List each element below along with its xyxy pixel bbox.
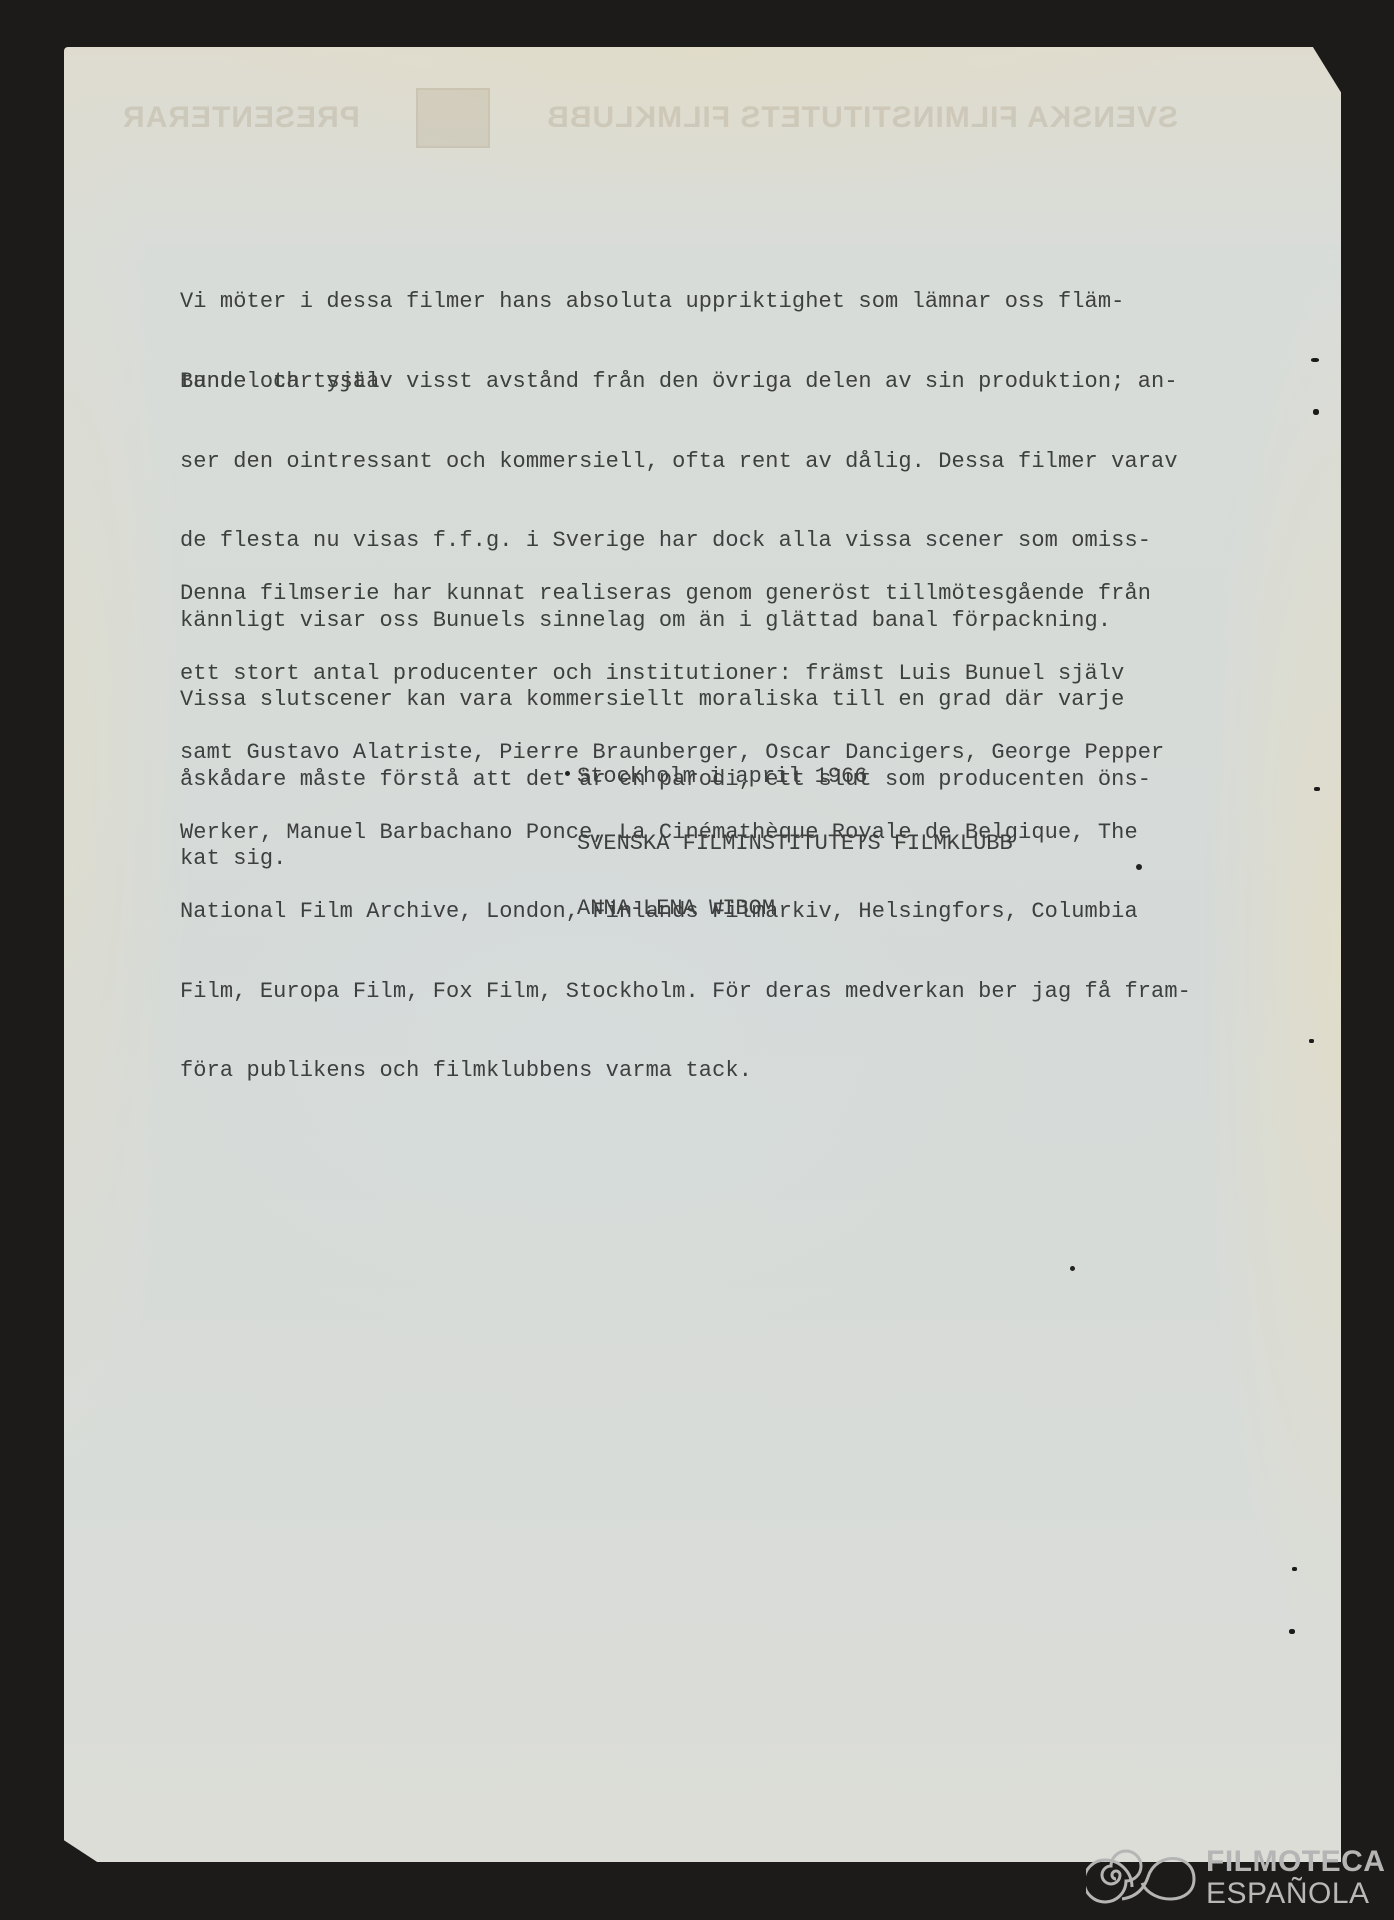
punch-mark: [1292, 1567, 1297, 1571]
punch-mark: [1311, 358, 1319, 362]
ink-speck: [565, 771, 570, 776]
logo-line-1: FILMOTECA: [1206, 1847, 1385, 1877]
text-line: Vi möter i dessa filmer hans absoluta up…: [180, 289, 1124, 316]
punch-mark: [1314, 787, 1320, 791]
spiral-logo-icon: [1086, 1843, 1198, 1913]
text-line: ser den ointressant och kommersiell, oft…: [180, 449, 1178, 476]
text-line: Denna filmserie har kunnat realiseras ge…: [180, 581, 1191, 608]
signature-name: ANNA-LENA WIBOM: [577, 896, 775, 921]
logo-line-2: ESPAÑOLA: [1206, 1879, 1385, 1909]
paragraph-3: Denna filmserie har kunnat realiseras ge…: [180, 528, 1191, 1111]
archive-logo: FILMOTECA ESPAÑOLA: [1086, 1840, 1386, 1915]
punch-mark: [1309, 1039, 1314, 1043]
text-line: Film, Europa Film, Fox Film, Stockholm. …: [180, 979, 1191, 1006]
signature-place-date: Stockholm i april 1966: [577, 764, 867, 789]
signature-organization: SVENSKA FILMINSTITUTETS FILMKLUBB: [577, 831, 1013, 856]
punch-mark: [1313, 409, 1319, 415]
ink-speck: [1136, 864, 1142, 870]
punch-mark: [1289, 1629, 1295, 1634]
text-line: samt Gustavo Alatriste, Pierre Braunberg…: [180, 740, 1191, 767]
ink-speck: [1070, 1266, 1075, 1271]
text-line: föra publikens och filmklubbens varma ta…: [180, 1058, 1191, 1085]
text-line: ett stort antal producenter och institut…: [180, 661, 1191, 688]
text-line: Bunuel tar själv visst avstånd från den …: [180, 369, 1178, 396]
